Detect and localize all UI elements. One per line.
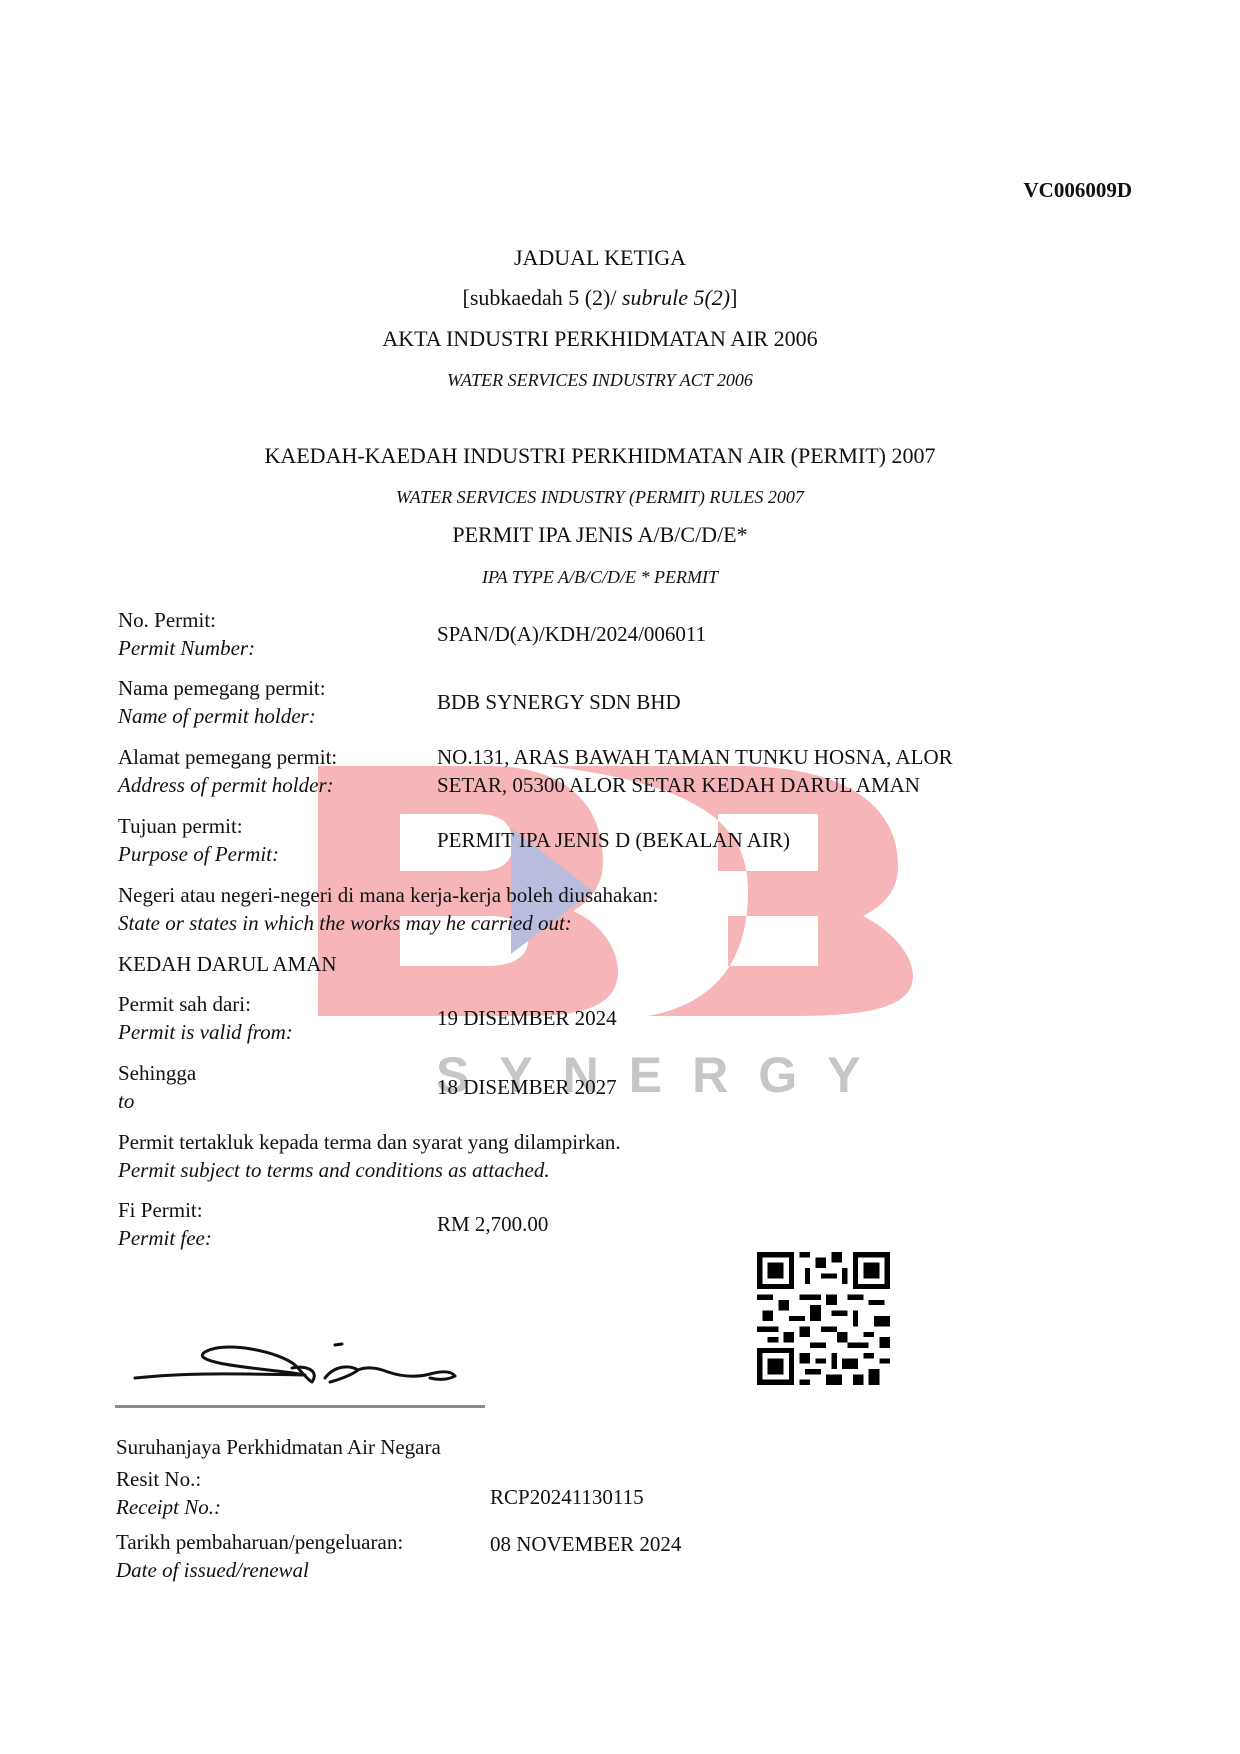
purpose-value: PERMIT IPA JENIS D (BEKALAN AIR) (437, 828, 790, 853)
terms-text-english: Permit subject to terms and conditions a… (118, 1158, 550, 1183)
fee-label-english: Permit fee: (118, 1226, 212, 1251)
issue-date-label-malay: Tarikh pembaharuan/pengeluaran: (116, 1530, 403, 1555)
holder-name-value: BDB SYNERGY SDN BHD (437, 690, 681, 715)
states-label-malay: Negeri atau negeri-negeri di mana kerja-… (118, 883, 659, 908)
permit-type-english: IPA TYPE A/B/C/D/E * PERMIT (0, 567, 1200, 588)
holder-address-line1: NO.131, ARAS BAWAH TAMAN TUNKU HOSNA, AL… (437, 745, 953, 770)
receipt-value: RCP20241130115 (490, 1485, 644, 1510)
terms-text-malay: Permit tertakluk kepada terma dan syarat… (118, 1130, 621, 1155)
receipt-label-english: Receipt No.: (116, 1495, 221, 1520)
rules-title-english: WATER SERVICES INDUSTRY (PERMIT) RULES 2… (0, 487, 1200, 508)
valid-to-label-english: to (118, 1089, 134, 1114)
holder-name-label-malay: Nama pemegang permit: (118, 676, 326, 701)
valid-from-value: 19 DISEMBER 2024 (437, 1006, 617, 1031)
permit-number-label-malay: No. Permit: (118, 608, 216, 633)
issue-date-label-english: Date of issued/renewal (116, 1558, 309, 1583)
document-code: VC006009D (1024, 178, 1133, 203)
issuer-name: Suruhanjaya Perkhidmatan Air Negara (116, 1435, 441, 1460)
valid-to-value: 18 DISEMBER 2027 (437, 1075, 617, 1100)
permit-document: VC006009D JADUAL KETIGA [subkaedah 5 (2)… (0, 0, 1240, 1754)
states-value: KEDAH DARUL AMAN (118, 952, 337, 977)
valid-to-label-malay: Sehingga (118, 1061, 196, 1086)
permit-type-malay: PERMIT IPA JENIS A/B/C/D/E* (0, 522, 1200, 548)
states-label-english: State or states in which the works may h… (118, 911, 572, 936)
subrule-reference: [subkaedah 5 (2)/ subrule 5(2)] (0, 285, 1200, 311)
act-title-malay: AKTA INDUSTRI PERKHIDMATAN AIR 2006 (0, 326, 1200, 352)
rules-title-malay: KAEDAH-KAEDAH INDUSTRI PERKHIDMATAN AIR … (0, 443, 1200, 469)
schedule-title: JADUAL KETIGA (0, 245, 1200, 271)
purpose-label-malay: Tujuan permit: (118, 814, 243, 839)
issue-date-value: 08 NOVEMBER 2024 (490, 1532, 681, 1557)
permit-number-label-english: Permit Number: (118, 636, 255, 661)
holder-address-line2: SETAR, 05300 ALOR SETAR KEDAH DARUL AMAN (437, 773, 920, 798)
receipt-label-malay: Resit No.: (116, 1467, 201, 1492)
signature-image (130, 1330, 470, 1390)
fee-label-malay: Fi Permit: (118, 1198, 203, 1223)
permit-number-value: SPAN/D(A)/KDH/2024/006011 (437, 622, 706, 647)
valid-from-label-malay: Permit sah dari: (118, 992, 251, 1017)
signature-line (115, 1405, 485, 1408)
holder-name-label-english: Name of permit holder: (118, 704, 316, 729)
qr-code[interactable] (757, 1252, 890, 1385)
holder-address-label-malay: Alamat pemegang permit: (118, 745, 337, 770)
holder-address-label-english: Address of permit holder: (118, 773, 334, 798)
valid-from-label-english: Permit is valid from: (118, 1020, 293, 1045)
act-title-english: WATER SERVICES INDUSTRY ACT 2006 (0, 370, 1200, 391)
purpose-label-english: Purpose of Permit: (118, 842, 279, 867)
fee-value: RM 2,700.00 (437, 1212, 548, 1237)
